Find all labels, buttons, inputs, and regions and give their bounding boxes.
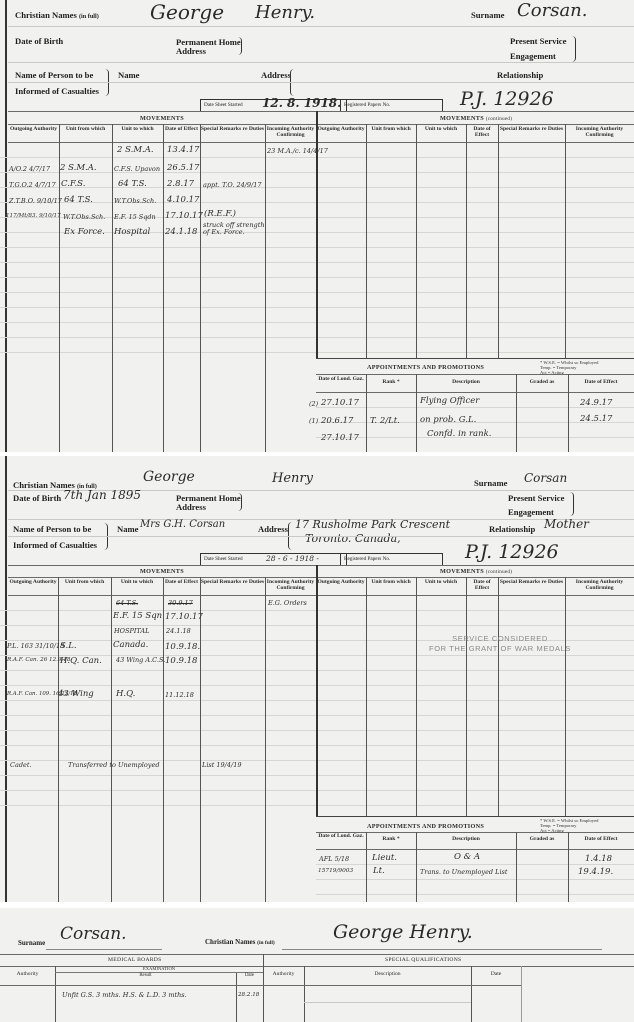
col-unit-from-cont: Unit from which: [366, 127, 416, 133]
col-special-remarks-cont: Special Remarks re Duties: [498, 580, 565, 586]
col-unit-to: Unit to which: [111, 580, 163, 586]
column-rule: [163, 124, 164, 452]
column-rule: [265, 577, 266, 902]
movements-continued-title: MOVEMENTS (continued): [440, 115, 512, 122]
special-qualifications-title: SPECIAL QUALIFICATIONS: [385, 957, 461, 963]
rule: [8, 536, 634, 537]
column-rule: [521, 966, 522, 1022]
christian-name-first: George: [150, 2, 224, 22]
christian-names-label: Christian Names (in full): [15, 11, 99, 20]
date-of-birth-label: Date of Birth: [13, 494, 61, 503]
informed-address-label: Address: [261, 71, 291, 80]
column-rule: [163, 577, 164, 902]
col-date-of-effect: Date of Effect: [163, 127, 200, 133]
informed-name-value: Mrs G.H. Corsan: [140, 520, 225, 530]
column-rule: [366, 577, 367, 817]
col-rank: Rank *: [366, 837, 416, 843]
col-medical-date: Date: [236, 973, 263, 978]
surname-label: Surname: [18, 940, 45, 947]
column-rule: [416, 577, 417, 817]
col-date-of-effect: Date of Effect: [163, 580, 200, 586]
service-record-card-1: Christian Names (in full) George Henry. …: [0, 0, 634, 452]
surname-value: Corsan.: [60, 926, 127, 943]
column-rule: [565, 577, 566, 817]
war-medals-stamp: SERVICE CONSIDERED FOR THE GRANT OF WAR …: [420, 634, 580, 654]
christian-names-value: George Henry.: [333, 923, 473, 942]
movements-title: MOVEMENTS: [140, 115, 184, 122]
person-informed-label-2: Informed of Casualties: [15, 87, 99, 96]
col-unit-from-cont: Unit from which: [366, 580, 416, 586]
column-rule: [236, 972, 237, 1022]
col-graded-as: Graded as: [516, 380, 568, 386]
col-unit-from: Unit from which: [58, 580, 111, 586]
col-outgoing-authority-cont: Outgoing Authority: [316, 580, 366, 586]
column-rule: [200, 577, 201, 902]
appointments-title: APPOINTMENTS AND PROMOTIONS: [367, 364, 484, 371]
col-incoming-authority: Incoming Authority Confirming: [265, 127, 316, 139]
col-gazette-date: Date of Lond. Gaz.: [316, 377, 366, 383]
column-rule: [265, 124, 266, 452]
col-outgoing-authority: Outgoing Authority: [8, 580, 58, 586]
col-date-of-effect: Date of Effect: [568, 380, 634, 386]
person-informed-label-1: Name of Person to be: [13, 525, 91, 534]
col-qualification-description: Description: [304, 972, 471, 978]
rule: [8, 577, 634, 578]
service-record-card-3: Surname Corsan. Christian Names (in full…: [0, 908, 634, 1022]
col-unit-from: Unit from which: [59, 127, 112, 133]
appointments-title: APPOINTMENTS AND PROMOTIONS: [367, 823, 484, 830]
col-graded-as: Graded as: [516, 837, 568, 843]
column-rule: [111, 577, 112, 902]
christian-name-second: Henry.: [255, 4, 315, 22]
col-special-remarks: Special Remarks re Duties: [200, 127, 265, 133]
col-unit-to-cont: Unit to which: [416, 127, 466, 133]
date-sheet-started-label: Date Sheet Started: [204, 557, 243, 562]
col-date-of-effect: Date of Effect: [568, 837, 634, 843]
rule: [8, 62, 634, 63]
christian-name-second: Henry: [272, 472, 313, 485]
column-rule: [565, 124, 566, 358]
rule: [8, 111, 634, 112]
col-special-remarks-cont: Special Remarks re Duties: [498, 127, 565, 133]
registered-papers-label: Registered Papers No.: [344, 103, 390, 108]
col-unit-to-cont: Unit to which: [416, 580, 466, 586]
appointments-legend: * W.S.E. = Whilst so Employed Temp. = Te…: [540, 818, 598, 833]
column-rule: [366, 124, 367, 358]
christian-names-label: Christian Names (in full): [205, 939, 275, 947]
surname-value: Corsan.: [517, 2, 588, 20]
date-sheet-started-value: 12. 8. 1918.: [262, 97, 341, 109]
registered-papers-value: P.J. 12926: [465, 543, 559, 562]
column-rule: [58, 577, 59, 902]
appointments-legend: * W.S.E. = Whilst so Employed Temp. = Te…: [540, 360, 598, 375]
date-of-birth-value: 7th Jan 1895: [63, 489, 141, 501]
surname-value: Corsan: [524, 472, 567, 484]
relationship-value: Mother: [544, 518, 589, 530]
col-rank: Rank *: [366, 380, 416, 386]
date-of-birth-label: Date of Birth: [15, 37, 63, 46]
col-incoming-authority: Incoming Authority Confirming: [265, 580, 316, 592]
christian-name-first: George: [143, 470, 195, 484]
column-rule: [466, 124, 467, 358]
date-sheet-started-value: 28 - 6 - 1918 -: [266, 555, 319, 563]
rule: [8, 82, 634, 83]
relationship-label: Relationship: [497, 71, 543, 80]
column-rule: [200, 124, 201, 452]
col-medical-authority: Authority: [0, 972, 55, 978]
col-gazette-date: Date of Lond. Gaz.: [316, 834, 366, 840]
relationship-label: Relationship: [489, 525, 535, 534]
engagement-label: Engagement: [510, 52, 556, 61]
rule: [8, 565, 634, 566]
col-incoming-authority-cont: Incoming Authority Confirming: [565, 580, 634, 592]
col-incoming-authority-cont: Incoming Authority Confirming: [565, 127, 634, 139]
rule: [304, 1002, 471, 1003]
informed-address-label: Address: [258, 525, 288, 534]
column-rule: [263, 954, 264, 1022]
col-outgoing-authority: Outgoing Authority: [8, 127, 59, 133]
col-outgoing-authority-cont: Outgoing Authority: [316, 127, 366, 133]
brace: [572, 36, 576, 62]
rule: [0, 985, 521, 986]
person-informed-label-1: Name of Person to be: [15, 71, 93, 80]
col-unit-to: Unit to which: [112, 127, 163, 133]
rule: [46, 949, 162, 950]
rule: [282, 949, 602, 950]
column-rule: [498, 124, 499, 358]
column-rule: [112, 124, 113, 452]
informed-address-line-1: 17 Rusholme Park Crescent: [295, 519, 450, 530]
registered-papers-value: P.J. 12926: [460, 90, 554, 109]
person-informed-label-2: Informed of Casualties: [13, 541, 97, 550]
service-record-card-2: Christian Names (in full) George Henry S…: [0, 456, 634, 902]
permanent-home-address-label: Address: [176, 503, 206, 512]
col-date-of-effect-cont: Date of Effect: [466, 580, 498, 592]
column-rule: [466, 577, 467, 817]
informed-address-line-2: Toronto. Canada,: [305, 533, 401, 544]
col-special-remarks: Special Remarks re Duties: [200, 580, 265, 586]
rule: [8, 26, 634, 27]
informed-name-label: Name: [118, 71, 139, 80]
column-rule: [59, 124, 60, 452]
present-service-label: Present Service: [510, 37, 566, 46]
column-rule: [416, 124, 417, 358]
surname-label: Surname: [474, 479, 507, 488]
brace: [238, 37, 242, 55]
movements-continued-title: MOVEMENTS (continued): [440, 568, 512, 575]
rule: [0, 954, 634, 955]
rule: [316, 374, 634, 375]
registered-papers-label: Registered Papers No.: [344, 557, 390, 562]
surname-label: Surname: [471, 11, 504, 20]
col-qualification-date: Date: [471, 972, 521, 978]
col-qualification-authority: Authority: [263, 972, 304, 978]
movements-title: MOVEMENTS: [140, 568, 184, 575]
col-result: Result: [55, 973, 236, 978]
rule: [8, 124, 634, 125]
col-description: Description: [416, 837, 516, 843]
brace: [570, 492, 574, 516]
col-description: Description: [416, 380, 516, 386]
present-service-label: Present Service: [508, 494, 564, 503]
informed-name-label: Name: [117, 525, 138, 534]
medical-boards-title: MEDICAL BOARDS: [108, 957, 162, 963]
engagement-label: Engagement: [508, 508, 554, 517]
brace: [238, 493, 242, 511]
date-sheet-started-label: Date Sheet Started: [204, 103, 243, 108]
column-rule: [498, 577, 499, 817]
col-date-of-effect-cont: Date of Effect: [466, 127, 498, 139]
permanent-home-address-label: Address: [176, 47, 206, 56]
